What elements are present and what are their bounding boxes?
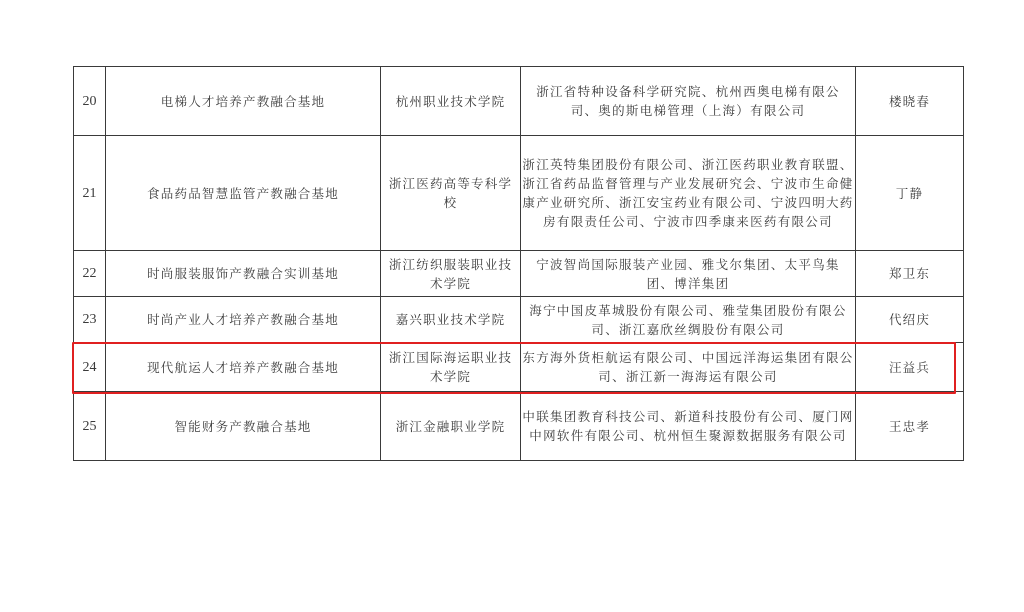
row-number: 20 bbox=[74, 67, 106, 136]
row-number: 21 bbox=[74, 136, 106, 251]
partner-companies: 海宁中国皮革城股份有限公司、雅莹集团股份有限公司、浙江嘉欣丝绸股份有限公司 bbox=[521, 297, 856, 343]
base-name: 时尚服装服饰产教融合实训基地 bbox=[106, 251, 381, 297]
school-name: 杭州职业技术学院 bbox=[381, 67, 521, 136]
table-row: 23 时尚产业人才培养产教融合基地 嘉兴职业技术学院 海宁中国皮革城股份有限公司… bbox=[74, 297, 964, 343]
school-name: 浙江金融职业学院 bbox=[381, 392, 521, 461]
table-row: 22 时尚服装服饰产教融合实训基地 浙江纺织服装职业技术学院 宁波智尚国际服装产… bbox=[74, 251, 964, 297]
base-name: 时尚产业人才培养产教融合基地 bbox=[106, 297, 381, 343]
school-name: 嘉兴职业技术学院 bbox=[381, 297, 521, 343]
base-name: 智能财务产教融合基地 bbox=[106, 392, 381, 461]
base-name: 电梯人才培养产教融合基地 bbox=[106, 67, 381, 136]
table-row: 21 食品药品智慧监管产教融合基地 浙江医药高等专科学校 浙江英特集团股份有限公… bbox=[74, 136, 964, 251]
leader-name: 汪益兵 bbox=[856, 343, 964, 392]
partner-companies: 浙江省特种设备科学研究院、杭州西奥电梯有限公司、奥的斯电梯管理（上海）有限公司 bbox=[521, 67, 856, 136]
bases-table: 20 电梯人才培养产教融合基地 杭州职业技术学院 浙江省特种设备科学研究院、杭州… bbox=[73, 66, 964, 461]
base-name: 食品药品智慧监管产教融合基地 bbox=[106, 136, 381, 251]
leader-name: 楼晓春 bbox=[856, 67, 964, 136]
partner-companies: 浙江英特集团股份有限公司、浙江医药职业教育联盟、浙江省药品监督管理与产业发展研究… bbox=[521, 136, 856, 251]
partner-companies: 宁波智尚国际服装产业园、雅戈尔集团、太平鸟集团、博洋集团 bbox=[521, 251, 856, 297]
table-row: 25 智能财务产教融合基地 浙江金融职业学院 中联集团教育科技公司、新道科技股份… bbox=[74, 392, 964, 461]
table-row-highlighted: 24 现代航运人才培养产教融合基地 浙江国际海运职业技术学院 东方海外货柜航运有… bbox=[74, 343, 964, 392]
row-number: 24 bbox=[74, 343, 106, 392]
partner-companies: 东方海外货柜航运有限公司、中国远洋海运集团有限公司、浙江新一海海运有限公司 bbox=[521, 343, 856, 392]
leader-name: 郑卫东 bbox=[856, 251, 964, 297]
base-name: 现代航运人才培养产教融合基地 bbox=[106, 343, 381, 392]
school-name: 浙江国际海运职业技术学院 bbox=[381, 343, 521, 392]
row-number: 22 bbox=[74, 251, 106, 297]
school-name: 浙江纺织服装职业技术学院 bbox=[381, 251, 521, 297]
table-row: 20 电梯人才培养产教融合基地 杭州职业技术学院 浙江省特种设备科学研究院、杭州… bbox=[74, 67, 964, 136]
school-name: 浙江医药高等专科学校 bbox=[381, 136, 521, 251]
row-number: 25 bbox=[74, 392, 106, 461]
partner-companies: 中联集团教育科技公司、新道科技股份有公司、厦门网中网软件有限公司、杭州恒生聚源数… bbox=[521, 392, 856, 461]
leader-name: 王忠孝 bbox=[856, 392, 964, 461]
leader-name: 代绍庆 bbox=[856, 297, 964, 343]
leader-name: 丁静 bbox=[856, 136, 964, 251]
row-number: 23 bbox=[74, 297, 106, 343]
